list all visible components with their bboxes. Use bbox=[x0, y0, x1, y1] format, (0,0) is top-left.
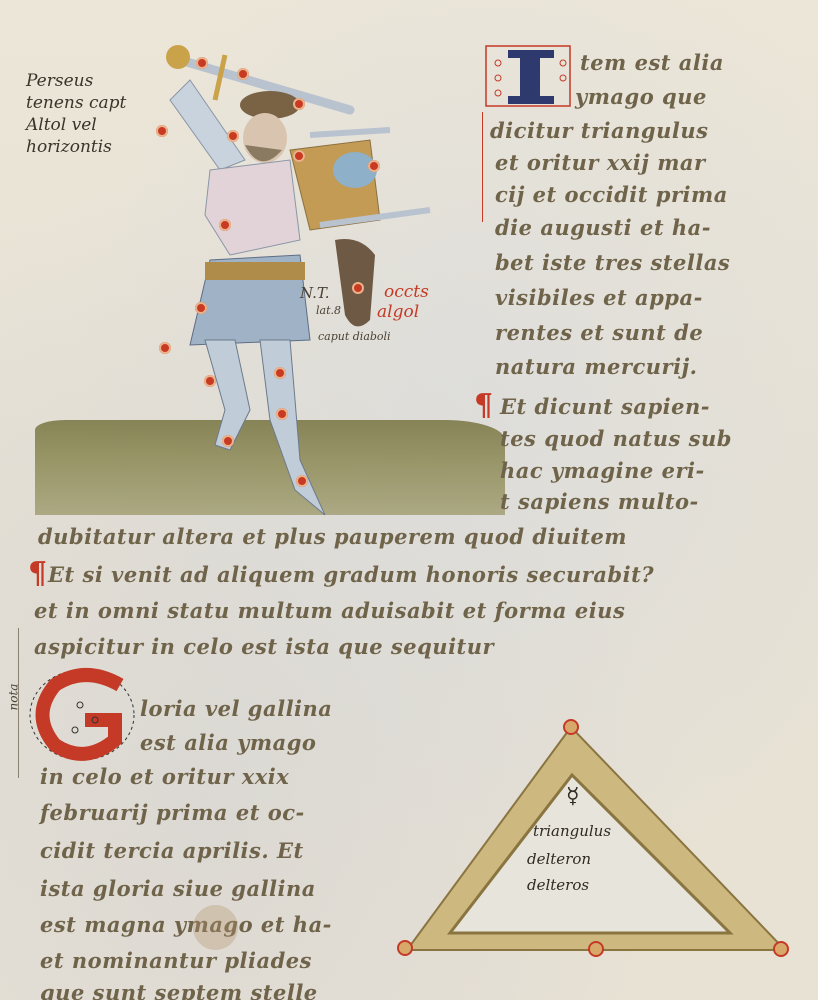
star-marker bbox=[156, 125, 168, 137]
text-line: et in omni statu multum aduisabit et for… bbox=[34, 598, 625, 623]
pilcrow-mark: ¶ bbox=[474, 388, 493, 423]
text-line: t sapiens multo- bbox=[500, 489, 699, 514]
text-line: die augusti et ha- bbox=[495, 215, 711, 240]
star-marker bbox=[159, 342, 171, 354]
initial-flourish bbox=[482, 112, 483, 222]
star-marker bbox=[196, 57, 208, 69]
text-line: aspicitur in celo est ista que sequitur bbox=[34, 634, 494, 659]
star-marker bbox=[352, 282, 364, 294]
marginal-note: nota bbox=[6, 684, 20, 711]
text-line: tem est alia bbox=[580, 50, 724, 75]
head-label-lat: lat.8 bbox=[316, 304, 341, 317]
caption-line: tenens capt bbox=[26, 92, 126, 114]
text-line: cij et occidit prima bbox=[495, 182, 728, 207]
star-marker bbox=[222, 435, 234, 447]
text-line: Et si venit ad aliquem gradum honoris se… bbox=[48, 562, 654, 587]
head-label-occts: occts bbox=[384, 282, 429, 302]
pilcrow-mark: ¶ bbox=[28, 556, 47, 591]
star-marker bbox=[293, 98, 305, 110]
star-marker bbox=[296, 475, 308, 487]
star-marker bbox=[204, 375, 216, 387]
text-line: februarij prima et oc- bbox=[40, 800, 305, 825]
triangle-diagram bbox=[395, 715, 805, 965]
mercury-symbol: ☿ bbox=[566, 784, 580, 809]
text-line: ymago que bbox=[575, 84, 707, 109]
triangle-label: delteros bbox=[527, 876, 589, 894]
triangle-label: delteron bbox=[527, 850, 591, 868]
foxing-stain bbox=[193, 905, 238, 950]
text-line: est alia ymago bbox=[140, 730, 316, 755]
star-marker bbox=[227, 130, 239, 142]
perseus-figure bbox=[150, 40, 450, 520]
text-line: dicitur triangulus bbox=[490, 118, 708, 143]
caption-line: horizontis bbox=[26, 136, 126, 158]
initial-letter-G bbox=[25, 665, 140, 765]
text-line: visibiles et appa- bbox=[495, 285, 703, 310]
star-marker bbox=[237, 68, 249, 80]
text-line: que sunt septem stelle bbox=[40, 980, 318, 1000]
text-line: in celo et oritur xxix bbox=[40, 764, 289, 789]
star-marker bbox=[219, 219, 231, 231]
text-line: bet iste tres stellas bbox=[495, 250, 730, 275]
triangle-label: triangulus bbox=[533, 822, 611, 840]
text-line: et nominantur pliades bbox=[40, 948, 312, 973]
star-marker bbox=[368, 160, 380, 172]
text-line: hac ymagine eri- bbox=[500, 458, 705, 483]
star-marker bbox=[195, 302, 207, 314]
star-marker bbox=[276, 408, 288, 420]
initial-letter-I bbox=[478, 38, 578, 112]
text-line: cidit tercia aprilis. Et bbox=[40, 838, 304, 863]
caption-line: Perseus bbox=[26, 70, 126, 92]
text-line: Et dicunt sapien- bbox=[500, 394, 710, 419]
text-line: et oritur xxij mar bbox=[495, 150, 706, 175]
text-line: natura mercurij. bbox=[495, 354, 697, 379]
text-line: est magna ymago et ha- bbox=[40, 912, 332, 937]
star-marker bbox=[274, 367, 286, 379]
text-line: tes quod natus sub bbox=[500, 426, 732, 451]
text-line: rentes et sunt de bbox=[495, 320, 703, 345]
caption-line: Altol vel bbox=[26, 114, 126, 136]
head-label-nt: N.T. bbox=[300, 284, 330, 302]
text-line: ista gloria siue gallina bbox=[40, 876, 316, 901]
text-line: dubitatur altera et plus pauperem quod d… bbox=[38, 524, 627, 549]
manuscript-page: Perseus tenens capt Altol vel horizontis… bbox=[0, 0, 818, 1000]
head-label-caput: caput diaboli bbox=[318, 330, 391, 343]
text-line: loria vel gallina bbox=[140, 696, 332, 721]
star-marker bbox=[293, 150, 305, 162]
head-label-algol: algol bbox=[377, 302, 419, 322]
caption-perseus: Perseus tenens capt Altol vel horizontis bbox=[26, 70, 126, 158]
